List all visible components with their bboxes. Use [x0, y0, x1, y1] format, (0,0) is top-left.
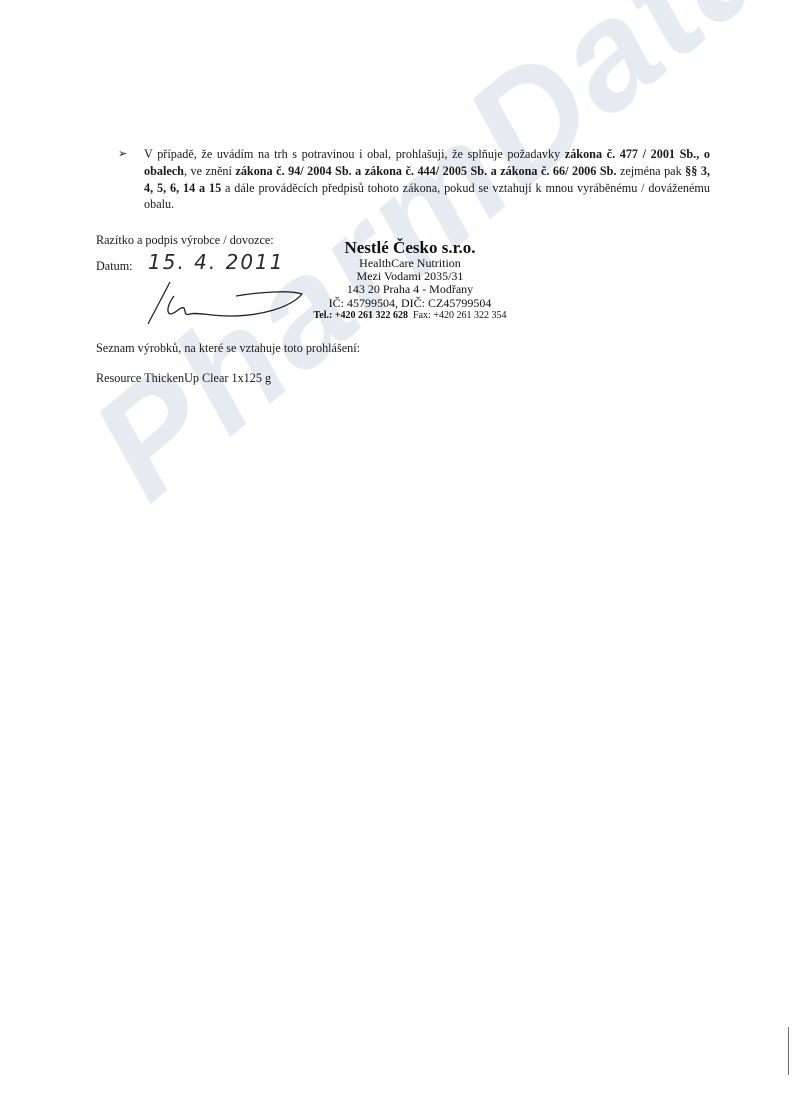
arrow-bullet-icon: ➢ — [118, 146, 127, 163]
declaration-segment: zejména pak — [616, 164, 685, 178]
company-stamp: Nestlé Česko s.r.o. HealthCare Nutrition… — [300, 238, 520, 322]
declaration-segment: V případě, že uvádím na trh s potravinou… — [144, 147, 565, 161]
products-label: Seznam výrobků, na které se vztahuje tot… — [96, 341, 360, 356]
handwritten-date: 15. 4. 2011 — [148, 250, 285, 274]
declaration-segment: zákona č. 94/ 2004 Sb. a zákona č. 444/ … — [235, 164, 616, 178]
stamp-contact: Tel.: +420 261 322 628 Fax: +420 261 322… — [300, 310, 520, 322]
scan-edge-line — [788, 1027, 789, 1075]
stamp-signature-label: Razítko a podpis výrobce / dovozce: — [96, 233, 274, 248]
stamp-company: Nestlé Česko s.r.o. — [300, 238, 520, 257]
stamp-tel: +420 261 322 628 — [335, 310, 408, 321]
declaration-segment: a dále prováděcích předpisů tohoto zákon… — [144, 181, 710, 212]
stamp-tel-label: Tel.: — [314, 310, 333, 321]
product-item: Resource ThickenUp Clear 1x125 g — [96, 371, 271, 386]
declaration-segment: , ve znění — [184, 164, 235, 178]
declaration-paragraph: ➢ V případě, že uvádím na trh s potravin… — [118, 146, 710, 213]
date-label: Datum: — [96, 259, 133, 274]
stamp-fax-label: Fax: — [413, 310, 431, 321]
signature-icon — [140, 278, 310, 328]
stamp-fax: +420 261 322 354 — [433, 310, 506, 321]
stamp-ids: IČ: 45799504, DIČ: CZ45799504 — [300, 297, 520, 310]
stamp-city: 143 20 Praha 4 - Modřany — [300, 283, 520, 296]
declaration-text: V případě, že uvádím na trh s potravinou… — [144, 146, 710, 213]
